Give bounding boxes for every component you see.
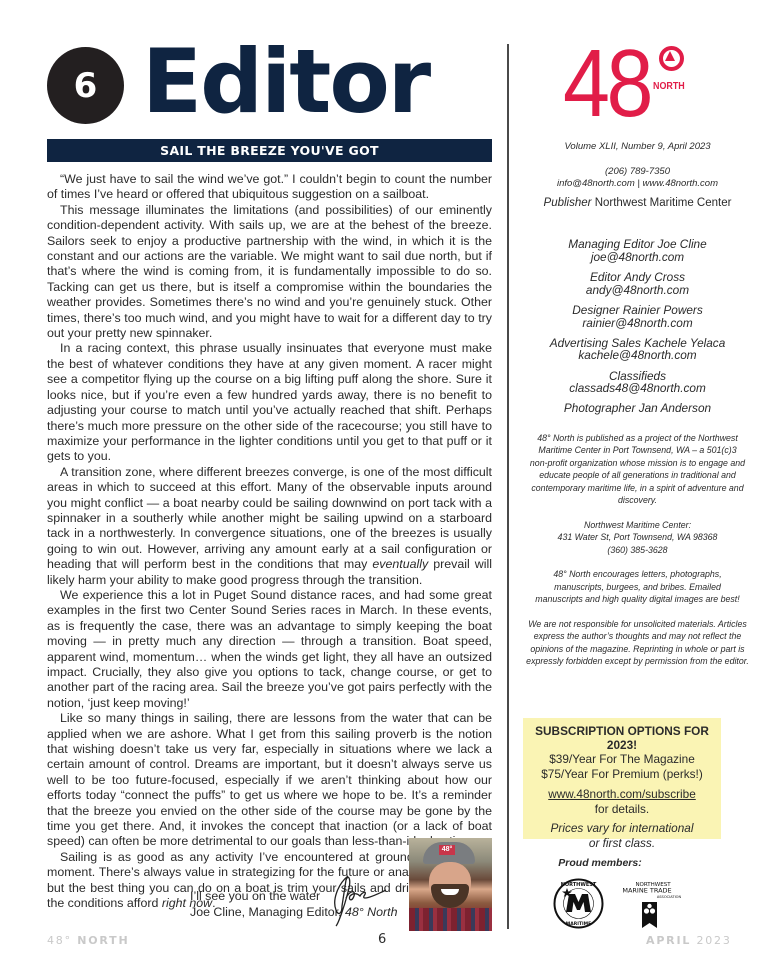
northwest-marine-trade-association-logo-icon: NORTHWEST MARINE TRADE ASSOCIATION bbox=[617, 880, 687, 930]
text-run: A transition zone, where different breez… bbox=[47, 465, 492, 571]
staff-entry: Advertising Sales Kachele Yelacakachele@… bbox=[515, 337, 760, 363]
article-paragraph: We experience this a lot in Puget Sound … bbox=[47, 588, 492, 711]
logo-number: 48 bbox=[563, 34, 650, 134]
brand-logo: 48 NORTH bbox=[563, 42, 693, 132]
staff-email: classads48@48north.com bbox=[515, 382, 760, 395]
volume-info: Volume XLII, Number 9, April 2023 bbox=[515, 141, 760, 154]
staff-name: Joe Cline bbox=[658, 237, 707, 251]
submissions-text: 48° North encourages letters, photograph… bbox=[515, 568, 760, 605]
byline-text: Joe Cline, Managing Editor, bbox=[190, 905, 345, 919]
section-number: 6 bbox=[74, 66, 98, 106]
subscribe-link[interactable]: www.48north.com/subscribe bbox=[523, 787, 721, 802]
fine-print: 48° North is published as a project of t… bbox=[515, 432, 760, 680]
staff-list: Managing Editor Joe Clinejoe@48north.com… bbox=[515, 238, 760, 423]
disclaimer-text: We are not responsible for unsolicited m… bbox=[515, 618, 760, 668]
svg-text:MARINE TRADE: MARINE TRADE bbox=[622, 887, 671, 895]
footer-issue: APRIL 2023 bbox=[646, 934, 732, 947]
plaid-shirt bbox=[409, 908, 492, 931]
footer-north: NORTH bbox=[77, 934, 129, 947]
publisher-label: Publisher bbox=[544, 197, 592, 209]
address-street: 431 Water St, Port Townsend, WA 98368 bbox=[515, 531, 760, 543]
phone: (206) 789-7350 bbox=[515, 166, 760, 179]
northwest-maritime-center-logo-icon: NORTHWEST MARITIME bbox=[553, 878, 604, 929]
svg-text:ASSOCIATION: ASSOCIATION bbox=[657, 895, 682, 899]
subscription-box: SUBSCRIPTION OPTIONS FOR 2023! $39/Year … bbox=[523, 718, 721, 839]
article-body: “We just have to sail the wind we’ve got… bbox=[47, 172, 492, 912]
signoff-line: I’ll see you on the water bbox=[190, 888, 317, 904]
staff-role: Managing Editor bbox=[568, 237, 654, 251]
staff-entry: Managing Editor Joe Clinejoe@48north.com bbox=[515, 238, 760, 264]
address-phone: (360) 385-3628 bbox=[515, 544, 760, 556]
article-paragraph: In a racing context, this phrase usually… bbox=[47, 341, 492, 464]
signoff-byline: Joe Cline, Managing Editor, 48° North bbox=[190, 904, 317, 920]
staff-name: Andy Cross bbox=[624, 270, 685, 284]
staff-email: andy@48north.com bbox=[515, 284, 760, 297]
article-paragraph: Like so many things in sailing, there ar… bbox=[47, 711, 492, 850]
page-number: 6 bbox=[378, 932, 386, 947]
subscription-option: $75/Year For Premium (perks!) bbox=[523, 767, 721, 782]
subscribe-link-suffix: for details. bbox=[523, 802, 721, 817]
footer-publication: 48° NORTH bbox=[47, 934, 129, 947]
beard bbox=[431, 884, 469, 908]
article-paragraph: “We just have to sail the wind we’ve got… bbox=[47, 172, 492, 203]
publisher-name: Northwest Maritime Center bbox=[595, 197, 732, 209]
members-label: Proud members: bbox=[515, 857, 685, 869]
subscription-option: $39/Year For The Magazine bbox=[523, 752, 721, 767]
staff-email: joe@48north.com bbox=[515, 251, 760, 264]
about-text: 48° North is published as a project of t… bbox=[515, 432, 760, 506]
staff-entry: Classifiedsclassads48@48north.com bbox=[515, 370, 760, 396]
editor-photo: 48° bbox=[409, 838, 492, 931]
staff-email: kachele@48north.com bbox=[515, 349, 760, 362]
section-title: Editor bbox=[142, 36, 429, 128]
article-paragraph: This message illuminates the limitations… bbox=[47, 203, 492, 342]
section-number-badge: 6 bbox=[47, 47, 124, 124]
emphasis-text: eventually bbox=[372, 557, 428, 571]
price-note: Prices vary for internationalor first cl… bbox=[523, 821, 721, 852]
staff-role: Editor bbox=[590, 270, 621, 284]
column-divider bbox=[507, 44, 509, 929]
address-name: Northwest Maritime Center: bbox=[515, 519, 760, 531]
staff-name: Rainier Powers bbox=[623, 303, 703, 317]
footer-degree: 48° bbox=[47, 934, 72, 947]
cap-logo: 48° bbox=[439, 845, 455, 855]
compass-arrow-icon bbox=[665, 51, 675, 61]
staff-email: rainier@48north.com bbox=[515, 317, 760, 330]
headline: SAIL THE BREEZE YOU'VE GOT bbox=[160, 143, 379, 158]
staff-role: Photographer bbox=[564, 401, 636, 415]
staff-name: Jan Anderson bbox=[639, 401, 711, 415]
signature-icon bbox=[328, 872, 390, 928]
article-paragraph: A transition zone, where different breez… bbox=[47, 465, 492, 588]
publisher-line: Publisher Northwest Maritime Center bbox=[515, 196, 760, 210]
subscription-heading: SUBSCRIPTION OPTIONS FOR 2023! bbox=[523, 724, 721, 752]
contact-links: info@48north.com | www.48north.com bbox=[515, 178, 760, 191]
price-note-line: Prices vary for international bbox=[523, 821, 721, 836]
staff-entry: Designer Rainier Powersrainier@48north.c… bbox=[515, 304, 760, 330]
logo-word: NORTH bbox=[653, 80, 685, 92]
staff-entry: Editor Andy Crossandy@48north.com bbox=[515, 271, 760, 297]
staff-entry: Photographer Jan Anderson bbox=[515, 402, 760, 415]
footer-month: APRIL bbox=[646, 934, 691, 947]
signoff: I’ll see you on the water Joe Cline, Man… bbox=[190, 888, 317, 920]
address-block: Northwest Maritime Center: 431 Water St,… bbox=[515, 519, 760, 556]
svg-text:NORTHWEST: NORTHWEST bbox=[561, 882, 597, 888]
footer-year: 2023 bbox=[696, 934, 731, 947]
price-note-line: or first class. bbox=[523, 836, 721, 851]
staff-role: Designer bbox=[572, 303, 619, 317]
headline-bar: SAIL THE BREEZE YOU'VE GOT bbox=[47, 139, 492, 162]
svg-text:MARITIME: MARITIME bbox=[566, 921, 591, 927]
